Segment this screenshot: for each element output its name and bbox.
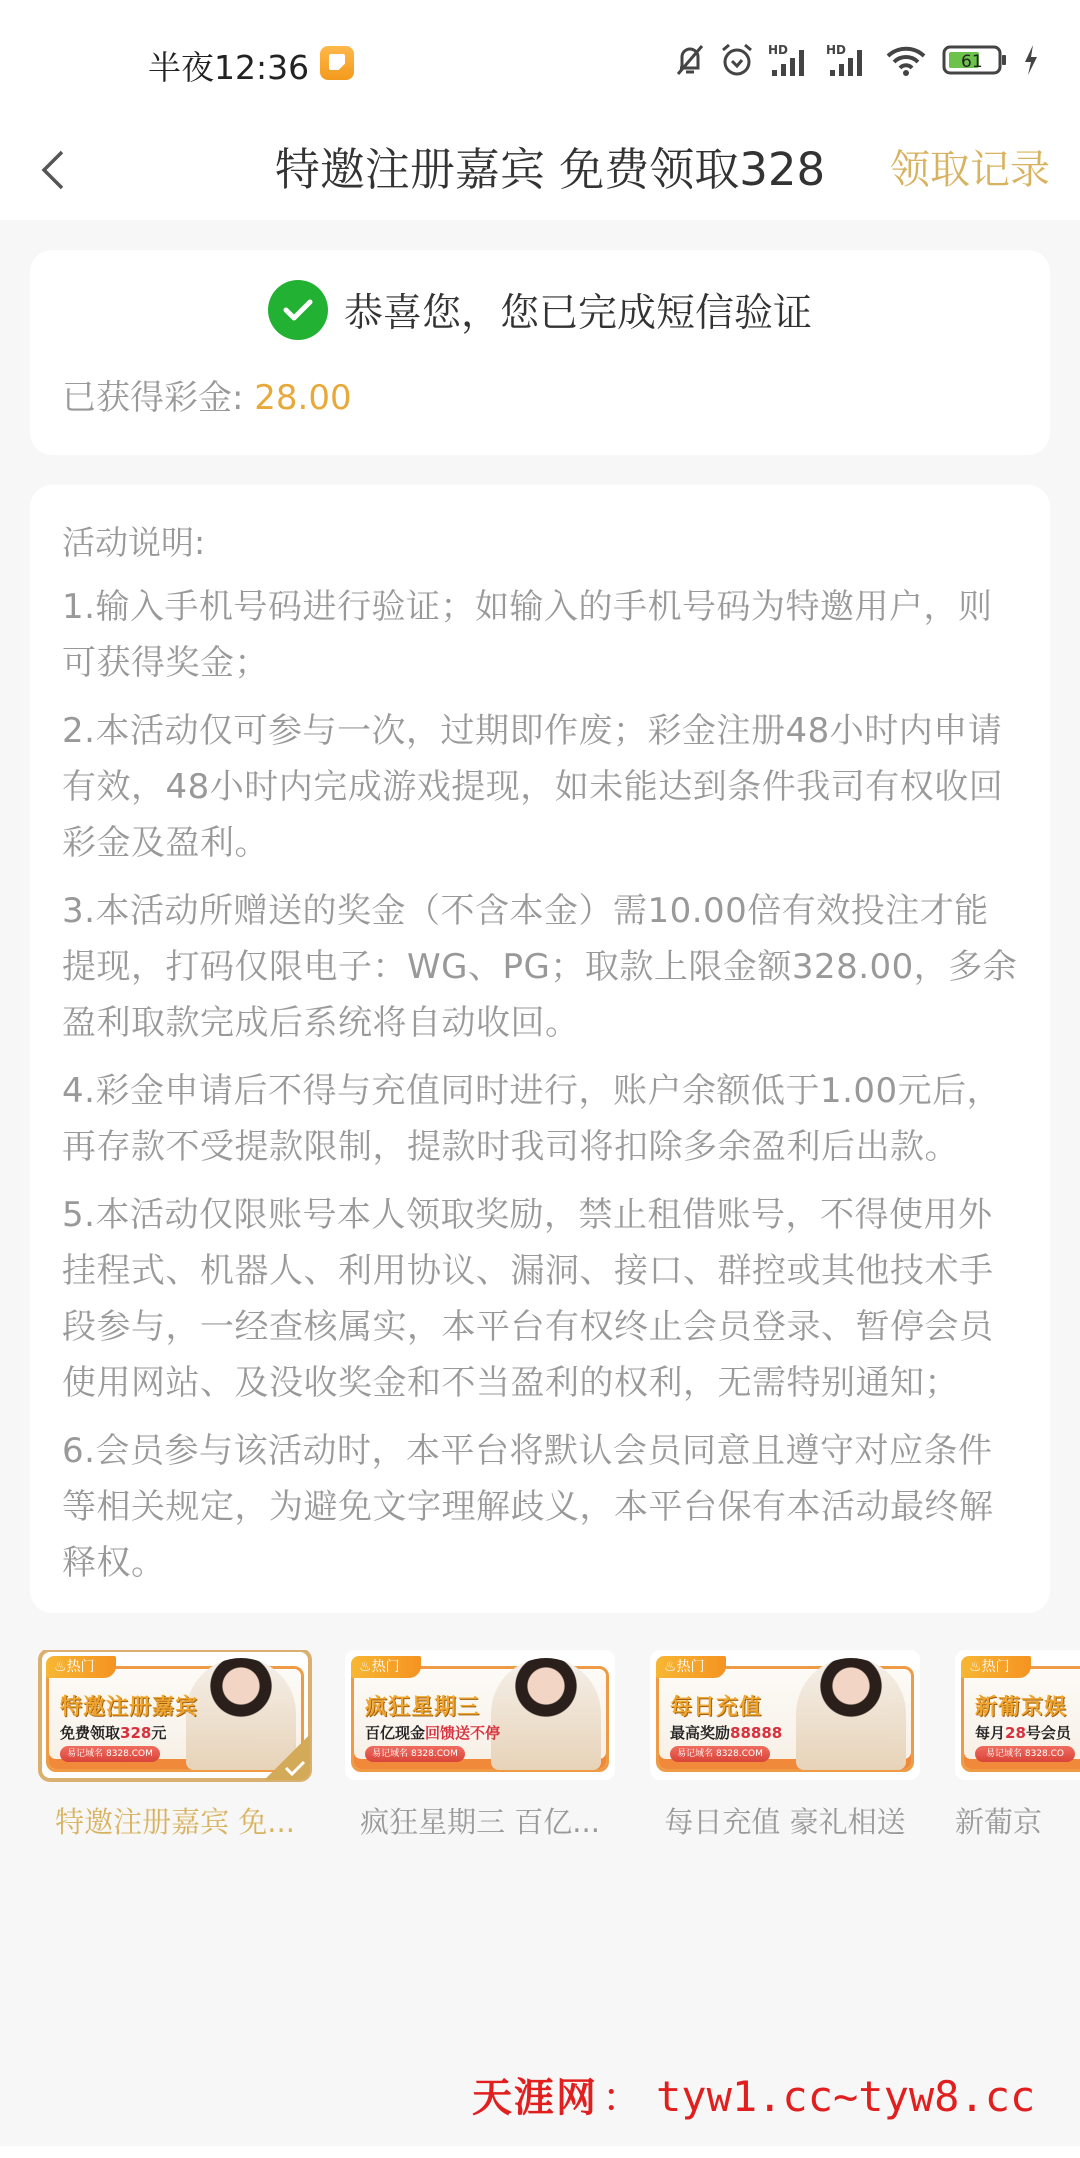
flame-icon: ♨ (359, 1659, 372, 1675)
banner-subline: 最高奖励88888 (670, 1722, 782, 1743)
status-time: 半夜12:36 (148, 42, 309, 89)
signal-hd-2-icon: HD (826, 42, 870, 78)
rule-item: 2.本活动仅可参与一次，过期即作废；彩金注册48小时内申请有效，48小时内完成游… (62, 703, 1018, 871)
hot-tag: ♨热门 (656, 1656, 726, 1678)
promo-banner[interactable]: ♨热门 特邀注册嘉宾 免费领取328元 易记域名 8328.COM (40, 1650, 310, 1780)
success-message-row: 恭喜您，您已完成短信验证 (30, 280, 1050, 340)
bonus-row: 已获得彩金: 28.00 (62, 370, 352, 419)
promo-item-crazy-wednesday[interactable]: ♨热门 疯狂星期三 百亿现金回馈送不停 易记域名 8328.COM 疯狂星期三 … (345, 1650, 615, 1841)
flame-icon: ♨ (54, 1659, 67, 1675)
checkmark-icon (284, 1760, 306, 1776)
banner-subline: 百亿现金回馈送不停 (365, 1722, 500, 1743)
svg-text:HD: HD (768, 43, 788, 57)
alarm-icon (720, 42, 754, 78)
banner-headline: 新葡京娱 (975, 1690, 1067, 1721)
banner-headline: 每日充值 (670, 1690, 762, 1721)
rule-item: 6.会员参与该活动时，本平台将默认会员同意且遵守对应条件等相关规定，为避免文字理… (62, 1423, 1018, 1591)
promo-banner[interactable]: ♨热门 新葡京娱 每月28号会员 易记域名 8328.CO (955, 1650, 1080, 1780)
promo-label[interactable]: 疯狂星期三 百亿... (345, 1800, 615, 1841)
check-circle-icon (268, 280, 328, 340)
flame-icon: ♨ (664, 1659, 677, 1675)
promo-item-invite-guest[interactable]: ♨热门 特邀注册嘉宾 免费领取328元 易记域名 8328.COM 特邀注册嘉宾… (40, 1650, 310, 1841)
banner-model-image (796, 1658, 906, 1770)
hot-tag: ♨热门 (351, 1656, 421, 1678)
activity-rules-card: 活动说明: 1.输入手机号码进行验证；如输入的手机号码为特邀用户，则可获得奖金；… (30, 485, 1050, 1613)
flame-icon: ♨ (969, 1659, 982, 1675)
banner-headline: 特邀注册嘉宾 (60, 1690, 198, 1721)
bell-muted-icon (674, 42, 706, 78)
watermark-url: tyw1.cc~tyw8.cc (656, 2072, 1035, 2121)
success-message: 恭喜您，您已完成短信验证 (344, 282, 812, 338)
bottom-edge (0, 2146, 1080, 2158)
svg-text:HD: HD (826, 43, 846, 57)
status-icons: HD HD 61 (674, 40, 1040, 80)
hot-tag: ♨热门 (961, 1656, 1031, 1678)
banner-url-pill: 易记域名 8328.COM (60, 1746, 160, 1762)
promo-item-daily-deposit[interactable]: ♨热门 每日充值 最高奖励88888 易记域名 8328.COM 每日充值 豪礼… (650, 1650, 920, 1841)
banner-subline: 免费领取328元 (60, 1722, 166, 1743)
promo-banner[interactable]: ♨热门 疯狂星期三 百亿现金回馈送不停 易记域名 8328.COM (345, 1650, 615, 1780)
rule-item: 3.本活动所赠送的奖金（不含本金）需10.00倍有效投注才能提现，打码仅限电子：… (62, 883, 1018, 1051)
banner-url-pill: 易记域名 8328.COM (670, 1746, 770, 1762)
svg-text:61: 61 (961, 52, 983, 72)
rules-title: 活动说明: (62, 513, 1018, 573)
promo-banner[interactable]: ♨热门 每日充值 最高奖励88888 易记域名 8328.COM (650, 1650, 920, 1780)
nav-bar: 特邀注册嘉宾 免费领取328 领取记录 (0, 120, 1080, 220)
rule-item: 5.本活动仅限账号本人领取奖励，禁止租借账号，不得使用外挂程式、机器人、利用协议… (62, 1187, 1018, 1411)
battery-icon: 61 (942, 43, 1008, 77)
banner-headline: 疯狂星期三 (365, 1690, 480, 1721)
promo-label[interactable]: 特邀注册嘉宾 免... (40, 1800, 310, 1841)
bonus-value: 28.00 (254, 378, 351, 418)
watermark-name: 天涯网 (472, 2074, 598, 2121)
rule-item: 4.彩金申请后不得与充值同时进行，账户余额低于1.00元后，再存款不受提款限制，… (62, 1063, 1018, 1175)
claim-record-link[interactable]: 领取记录 (890, 130, 1050, 210)
notes-app-icon (320, 46, 354, 80)
verification-success-card: 恭喜您，您已完成短信验证 已获得彩金: 28.00 (30, 250, 1050, 455)
promo-label[interactable]: 新葡京 (955, 1800, 1080, 1841)
banner-url-pill: 易记域名 8328.CO (975, 1746, 1075, 1762)
rule-item: 1.输入手机号码进行验证；如输入的手机号码为特邀用户，则可获得奖金； (62, 579, 1018, 691)
status-bar: 半夜12:36 HD HD 61 (0, 0, 1080, 120)
banner-subline: 每月28号会员 (975, 1722, 1071, 1743)
bonus-label: 已获得彩金: (62, 378, 254, 418)
charging-bolt-icon (1022, 43, 1040, 77)
promo-carousel[interactable]: ♨热门 特邀注册嘉宾 免费领取328元 易记域名 8328.COM 特邀注册嘉宾… (0, 1650, 1080, 1850)
promo-label[interactable]: 每日充值 豪礼相送 (650, 1800, 920, 1841)
hot-tag: ♨热门 (46, 1656, 116, 1678)
banner-model-image (491, 1658, 601, 1770)
signal-hd-1-icon: HD (768, 42, 812, 78)
promo-item-new-lisboa[interactable]: ♨热门 新葡京娱 每月28号会员 易记域名 8328.CO 新葡京 (955, 1650, 1080, 1841)
selected-check-badge (264, 1734, 310, 1780)
banner-url-pill: 易记域名 8328.COM (365, 1746, 465, 1762)
watermark: 天涯网：tyw1.cc~tyw8.cc (472, 2066, 1035, 2123)
wifi-icon (884, 42, 928, 78)
